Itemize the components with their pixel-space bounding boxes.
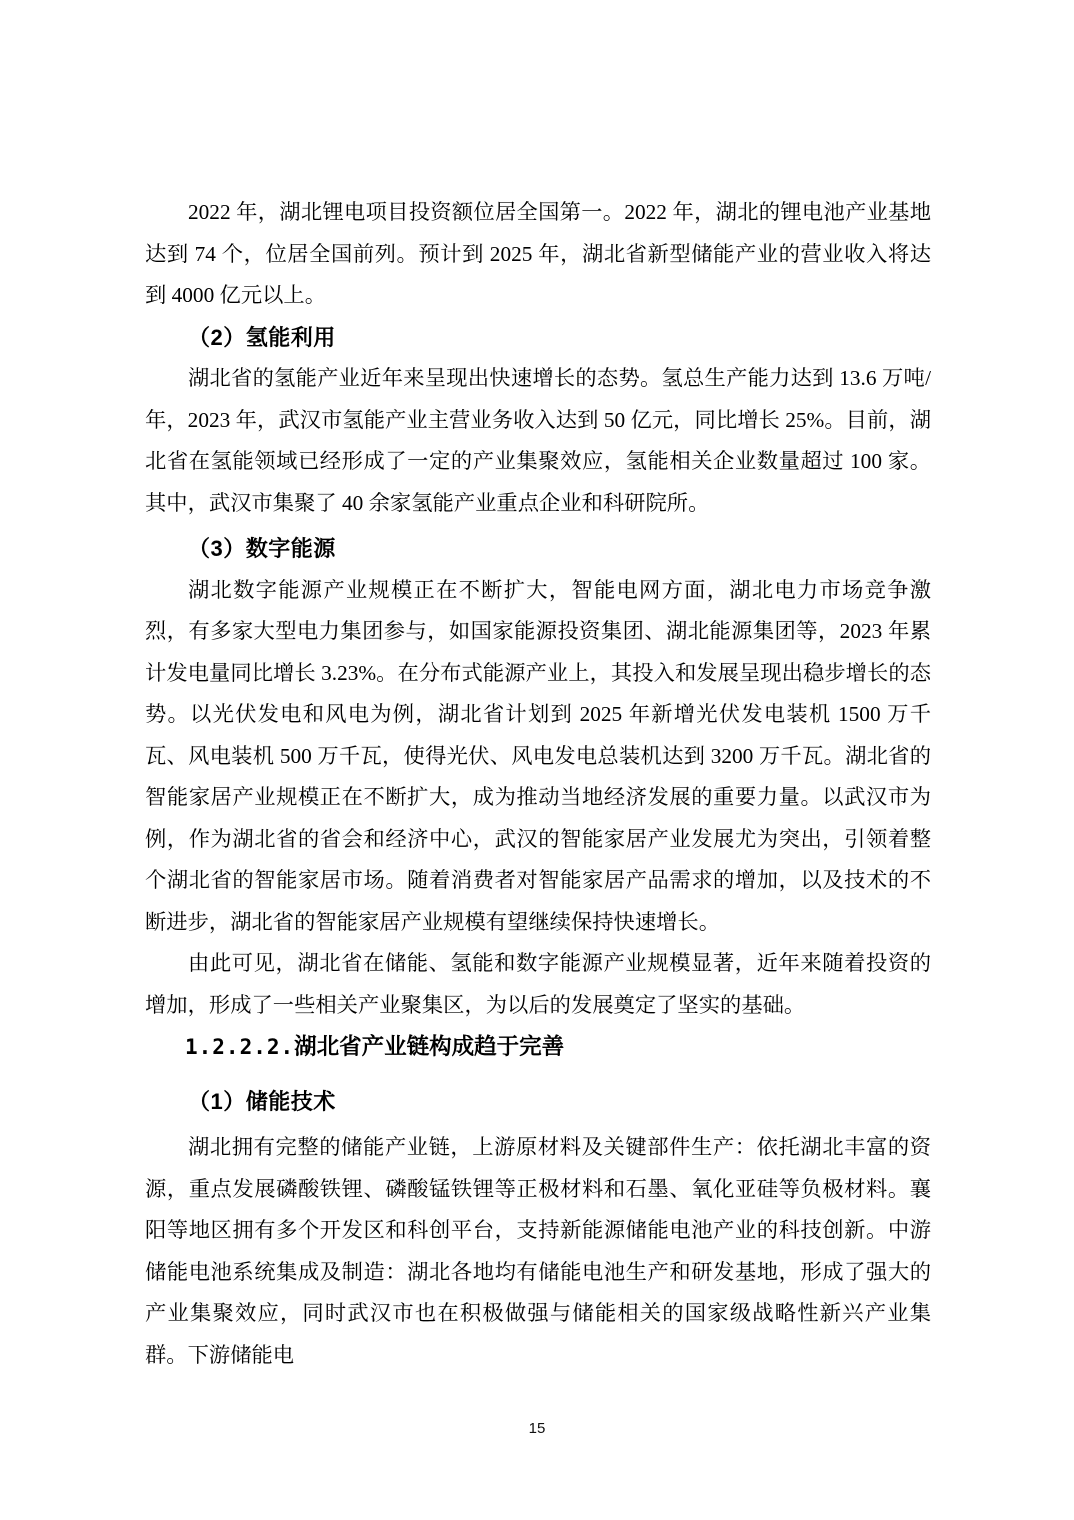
paragraph-summary: 由此可见，湖北省在储能、氢能和数字能源产业规模显著，近年来随着投资的增加，形成了… xyxy=(145,943,931,1026)
paragraph-storage-chain: 湖北拥有完整的储能产业链，上游原材料及关键部件生产：依托湖北丰富的资源，重点发展… xyxy=(145,1127,931,1376)
document-page: 2022 年，湖北锂电项目投资额位居全国第一。2022 年，湖北的锂电池产业基地… xyxy=(0,0,1074,1520)
heading-industry-chain: 1.2.2.2.湖北省产业链构成趋于完善 xyxy=(145,1026,931,1069)
heading-hydrogen-utilization: （2）氢能利用 xyxy=(145,317,931,359)
heading-storage-technology: （1）储能技术 xyxy=(145,1081,931,1123)
paragraph-digital-energy: 湖北数字能源产业规模正在不断扩大，智能电网方面，湖北电力市场竞争激烈，有多家大型… xyxy=(145,570,931,944)
heading-label: 湖北省产业链构成趋于完善 xyxy=(294,1034,564,1059)
document-body: 2022 年，湖北锂电项目投资额位居全国第一。2022 年，湖北的锂电池产业基地… xyxy=(145,192,931,1376)
paragraph-hydrogen-industry: 湖北省的氢能产业近年来呈现出快速增长的态势。氢总生产能力达到 13.6 万吨/年… xyxy=(145,358,931,524)
heading-number: 1.2.2.2. xyxy=(185,1035,294,1059)
page-number: 15 xyxy=(0,1419,1074,1439)
paragraph-lithium-investment: 2022 年，湖北锂电项目投资额位居全国第一。2022 年，湖北的锂电池产业基地… xyxy=(145,192,931,317)
heading-digital-energy: （3）数字能源 xyxy=(145,528,931,570)
